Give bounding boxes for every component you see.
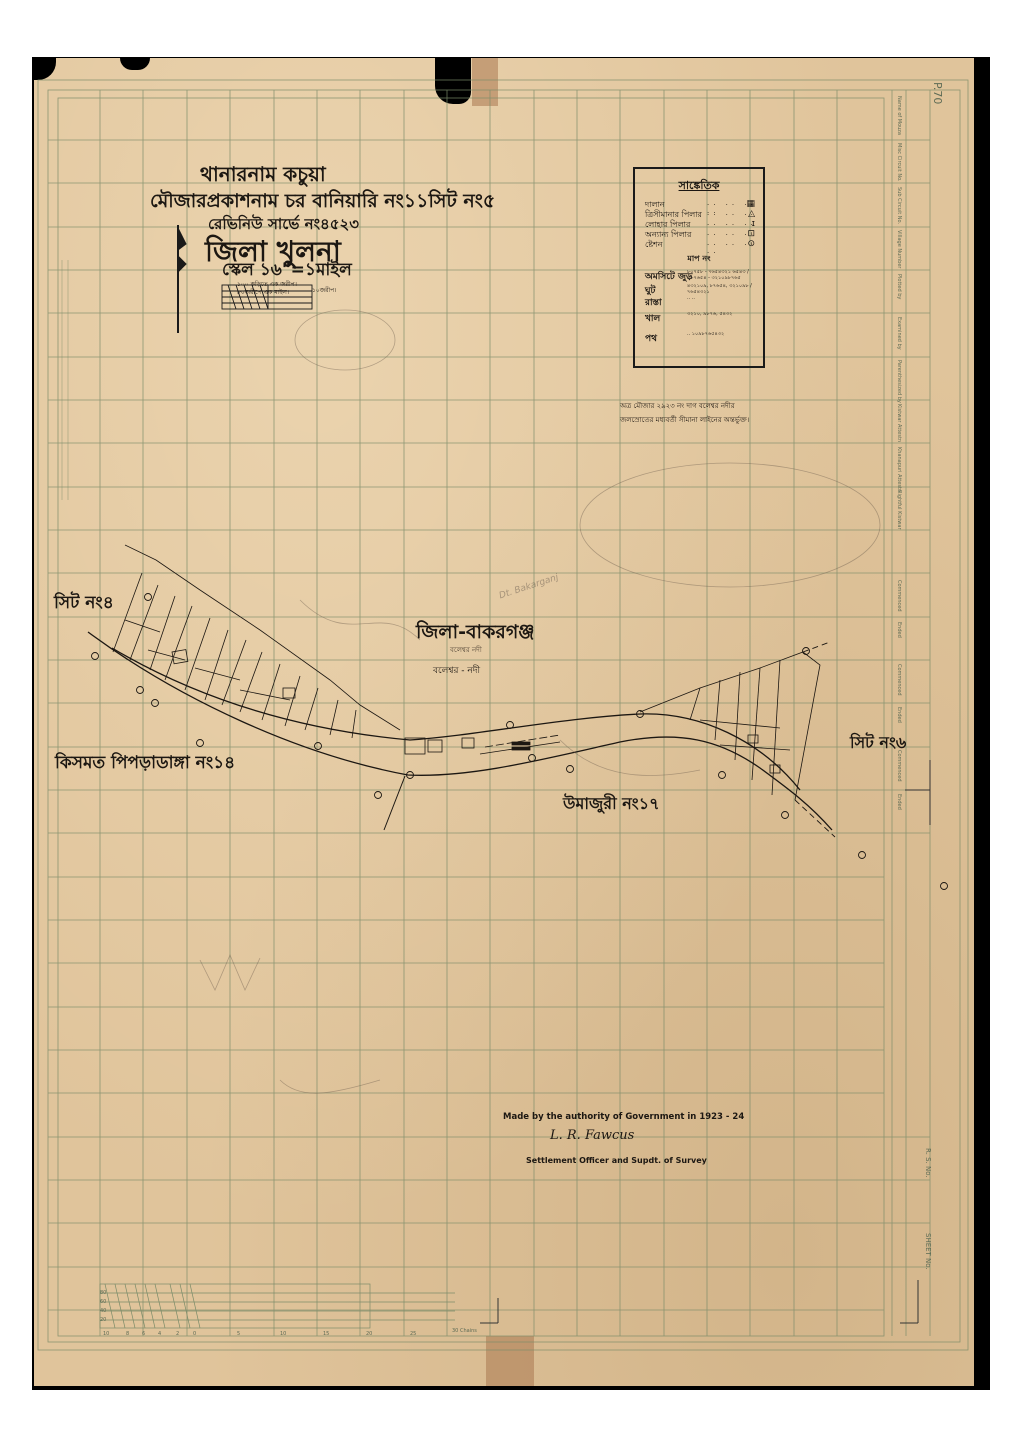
authority-statement: Made by the authority of Government in 1… [503,1112,744,1122]
scale-tick: 10 [103,1331,109,1337]
adjacent-mouza-umajuri-label: উমাজুরী নং১৭ [563,791,659,818]
scale-tick: 6 [142,1331,145,1337]
legend-line-item: রাস্তা .. .. [645,295,662,310]
station-symbol-icon: ⊙ [747,239,755,249]
legend-box: সাঙ্কেতিক দালান.. .. .. .. ▦ ত্রিসীমানার… [633,167,765,368]
building-symbol-icon: ▦ [746,199,755,209]
page-number: P.70 [931,82,944,104]
scale-tick: 2 [176,1331,179,1337]
legend-subheading: মাপ নং [635,253,763,266]
scale-unit-label: 30 Chains [452,1328,477,1334]
margin-column-header: Kistwar Attestn [896,404,902,442]
margin-column-header: Commenced [896,664,902,696]
scale-tick: 5 [237,1331,240,1337]
scale-row-label: 40 [100,1308,106,1314]
scale-bar-end-label: ১০জরীপ। [312,285,336,296]
scale-row-label: 20 [100,1317,106,1323]
scale-note-line-2: ৮০জরীপে এক মাইল। [237,289,297,297]
margin-column-header: Commenced [896,750,902,782]
margin-column-header: Khanapuri Attestn [896,447,902,492]
legend-line-item: পথ .. ১০৯৮৭৬৫৪৩২ [645,331,657,346]
scale-tick: 0 [193,1331,196,1337]
triangle-symbol-icon: △ [748,209,755,219]
margin-column-header: Sub Circuit No. [896,187,902,224]
margin-column-header: Ended [896,622,902,638]
margin-column-header: Examined by [896,317,902,350]
scale-row-label: 60 [100,1299,106,1305]
scale-tick: 25 [410,1331,416,1337]
margin-column-header: Rightful Kistwar [896,490,902,530]
river-label: বলেশ্বর - নদী [433,663,480,678]
square-symbol-icon: ⊡ [747,229,755,239]
legend-title: সাঙ্কেতিক [635,177,763,196]
margin-column-header: Parenthesized by [896,360,902,403]
boundary-note: অত্র মৌজার ২৯২৩ নং দাগ বলেশ্বর নদীর জলস্… [620,399,749,427]
rs-number-label: R. S. No. [924,1148,932,1178]
adjacent-sheet-4-label: সিট নং৪ [54,590,114,618]
margin-column-header: Name of Mouza [896,96,902,135]
officer-title: Settlement Officer and Supdt. of Survey [526,1156,707,1165]
iron-pillar-symbol-icon: ɪ [752,219,755,229]
officer-signature: L. R. Fawcus [550,1128,634,1143]
river-pencil-label: বলেশ্বর নদী [450,644,482,656]
sheet-number-label: SHEET No. [924,1233,932,1270]
adjacent-mouza-kismat-label: কিসমত পিপড়াডাঙ্গা নং১৪ [55,750,235,778]
margin-column-header: Ended [896,794,902,810]
margin-column-header: Misc Circuit No. [896,143,902,182]
margin-column-header: Village Number [896,230,902,268]
margin-column-header: Plotted by [896,274,902,299]
margin-column-header: Commenced [896,580,902,612]
legend-line-item: অমসিটে জুড় ৮০৭৫৮ - ৭৬৫৪৩২১ ৬৫৪৩ / ৯৮৭৬৫… [645,269,692,284]
scale-note: ১০০ কড়িতে এক জরীপ। ৮০জরীপে এক মাইল। [237,281,297,297]
legend-line-item: খাল ৩২১০, ৯৮৭৬, ৫৪৩২ [645,311,660,326]
margin-column-header: Ended [896,707,902,723]
scale-note-line-1: ১০০ কড়িতে এক জরীপ। [237,281,297,289]
scale-tick: 15 [323,1331,329,1337]
scale-tick: 4 [158,1331,161,1337]
legend-item: ষ্টেশন.. .. .. .. ⊙ [645,239,757,252]
scale-tick: 10 [280,1331,286,1337]
scale-tick: 20 [366,1331,372,1337]
scale-tick: 8 [126,1331,129,1337]
scale-row-label: 80 [100,1290,106,1296]
